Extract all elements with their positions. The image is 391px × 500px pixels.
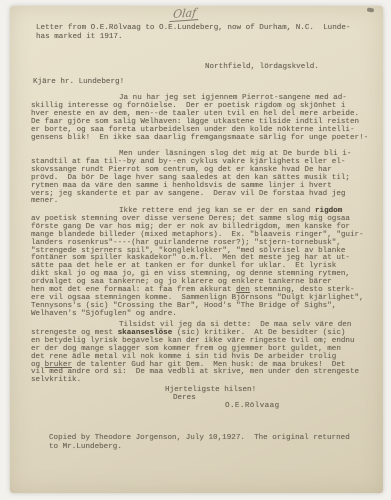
archivist-footer-note: Copied by Theodore Jorgenson, July 10,19… (49, 434, 350, 452)
closing-from-line: Deres (173, 395, 196, 403)
letter-body: Ja nu har jeg set igjennem Pierrot-sange… (31, 6, 383, 493)
paragraph: Men under läsningen slog det mig at De b… (31, 151, 351, 206)
paragraph: Ja nu har jeg set igjennem Pierrot-sange… (31, 95, 368, 142)
signature: O.E.Rölvaag (225, 403, 280, 411)
paragraph: Tilsidst vil jeg da si dette: De maa sel… (31, 322, 359, 385)
paragraph: Ikke rettere end jeg kan se er der en sa… (31, 208, 364, 319)
text-line: to Mr.Lundeberg. (49, 443, 350, 452)
text-line: Copied by Theodore Jorgenson, July 10,19… (49, 434, 350, 443)
text-line: selvkritik. (31, 377, 359, 385)
text-line: Welhaven's "Sjöfuglen" og andre. (31, 311, 364, 319)
letter-page: Olaf Letter from O.E.Rölvaag to O.E.Lund… (10, 6, 383, 493)
text-line: mener. (31, 198, 351, 206)
text-line: gensens blik! En ikke saa daarlig fremga… (31, 135, 368, 143)
text-line: vers; jeg skanderte et par av sangene. D… (31, 191, 351, 199)
scan-background: { "colors": { "background": "#f2f1ee", "… (0, 0, 391, 500)
